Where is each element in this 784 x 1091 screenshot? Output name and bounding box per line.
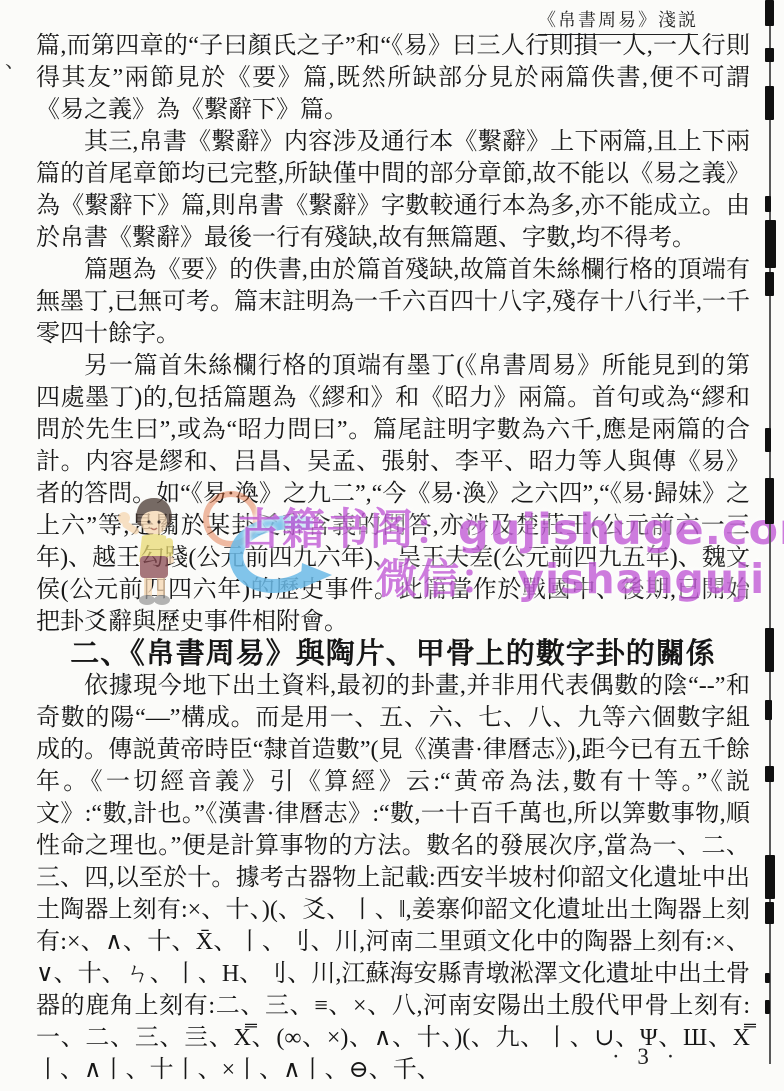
- section-heading: 二、《帛書周易》與陶片、甲骨上的數字卦的關係: [36, 638, 750, 670]
- paragraph: 其三,帛書《繫辭》内容涉及通行本《繫辭》上下兩篇,且上下兩篇的首尾章節均已完整,…: [36, 126, 750, 254]
- watermark-cartoon-kid: [112, 494, 192, 617]
- scan-artifact: [765, 272, 774, 296]
- scan-artifact: [765, 220, 776, 268]
- scan-artifact: [765, 478, 774, 524]
- scan-artifact: [765, 196, 771, 212]
- scan-artifact: [765, 0, 774, 26]
- scan-artifact: [765, 428, 771, 452]
- paragraph: 篇題為《要》的佚書,由於篇首殘缺,故篇首朱絲欄行格的頂端有無墨丁,已無可考。篇末…: [36, 254, 750, 350]
- watermark-wechat-text: 微信： yishanguji: [376, 546, 765, 605]
- scan-artifact: [765, 1000, 770, 1014]
- scan-artifact: [765, 766, 774, 782]
- page-number: · 3 ·: [612, 1044, 680, 1070]
- scan-artifact: [765, 86, 774, 120]
- scanned-book-page: 《帛書周易》淺説 、 篇,而第四章的“子曰顏氏之子”和“《易》曰三人行則損一人,…: [0, 0, 784, 1091]
- margin-ink-mark: 、: [5, 44, 25, 73]
- scan-artifact: [765, 48, 774, 62]
- paragraph: 篇,而第四章的“子曰顏氏之子”和“《易》曰三人行則損一人,一人行則得其友”兩節見…: [36, 30, 750, 126]
- scan-artifact: [765, 855, 775, 899]
- scan-artifact: [765, 628, 774, 672]
- scan-artifact: [765, 973, 770, 983]
- scan-artifact: [765, 700, 772, 720]
- paragraph: 依據現今地下出土資料,最初的卦畫,并非用代表偶數的陰“--”和奇數的陽“—”構成…: [36, 670, 750, 1086]
- scan-artifact: [765, 902, 774, 924]
